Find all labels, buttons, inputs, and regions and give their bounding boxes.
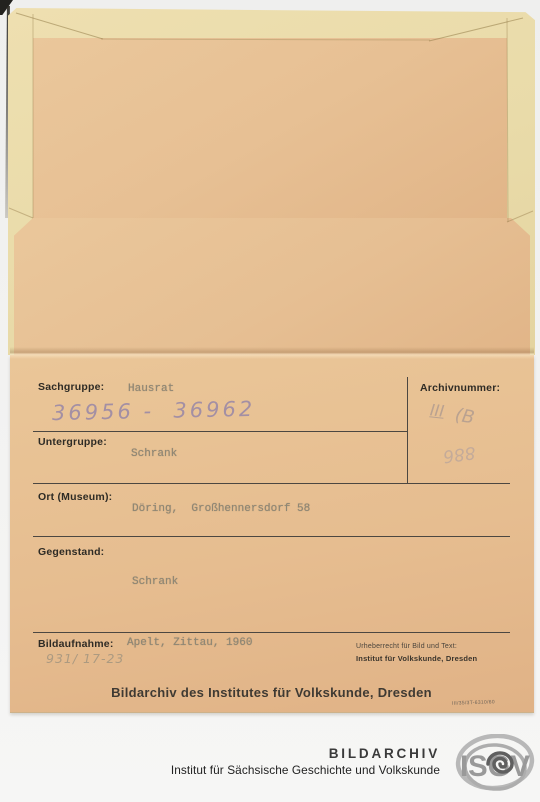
rule-under-inventory (33, 431, 407, 432)
negative-number-handwritten: 931/ 17-23 (46, 651, 124, 666)
archivnummer-handwritten-1: III (429, 400, 445, 420)
page-footer-title: BILDARCHIV (80, 746, 440, 761)
page-footer-subtitle: Institut für Sächsische Geschichte und V… (80, 763, 440, 777)
rule-archivnummer-divider (407, 377, 408, 483)
ort-museum-label: Ort (Museum): (38, 491, 112, 503)
fold-crease (10, 347, 534, 359)
page-footer: BILDARCHIV Institut für Sächsische Gesch… (80, 746, 440, 777)
scanned-archive-card-page: { "card": { "sachgruppe_label": "Sachgru… (0, 0, 540, 802)
card-upper-half (33, 38, 507, 219)
copyright-line2: Institut für Volkskunde, Dresden (356, 654, 477, 663)
card-footer-imprint: Bildarchiv des Institutes für Volkskunde… (33, 685, 510, 700)
rule-above-bildaufnahme (33, 632, 510, 633)
sachgruppe-value: Hausrat (128, 383, 174, 395)
archivnummer-handwritten-2: (B (453, 404, 476, 428)
rule-above-gegenstand (33, 536, 510, 537)
archivnummer-label: Archivnummer: (420, 382, 500, 394)
gegenstand-value: Schrank (132, 576, 178, 588)
ort-museum-value: Döring, Großhennersdorf 58 (132, 503, 310, 515)
rule-above-ort (33, 483, 510, 484)
card-upper-half-lower (14, 218, 530, 355)
gegenstand-label: Gegenstand: (38, 546, 104, 558)
untergruppe-label: Untergruppe: (38, 436, 107, 448)
bildaufnahme-label: Bildaufnahme: (38, 638, 114, 650)
inventory-range-handwritten: 36956 - 36962 (52, 397, 256, 425)
sachgruppe-label: Sachgruppe: (38, 381, 104, 393)
copyright-line1: Urheberrecht für Bild und Text: (356, 643, 457, 650)
isgv-logo: ISGV (451, 734, 539, 800)
untergruppe-value: Schrank (131, 448, 177, 460)
bildaufnahme-value: Apelt, Zittau, 1960 (127, 637, 252, 649)
